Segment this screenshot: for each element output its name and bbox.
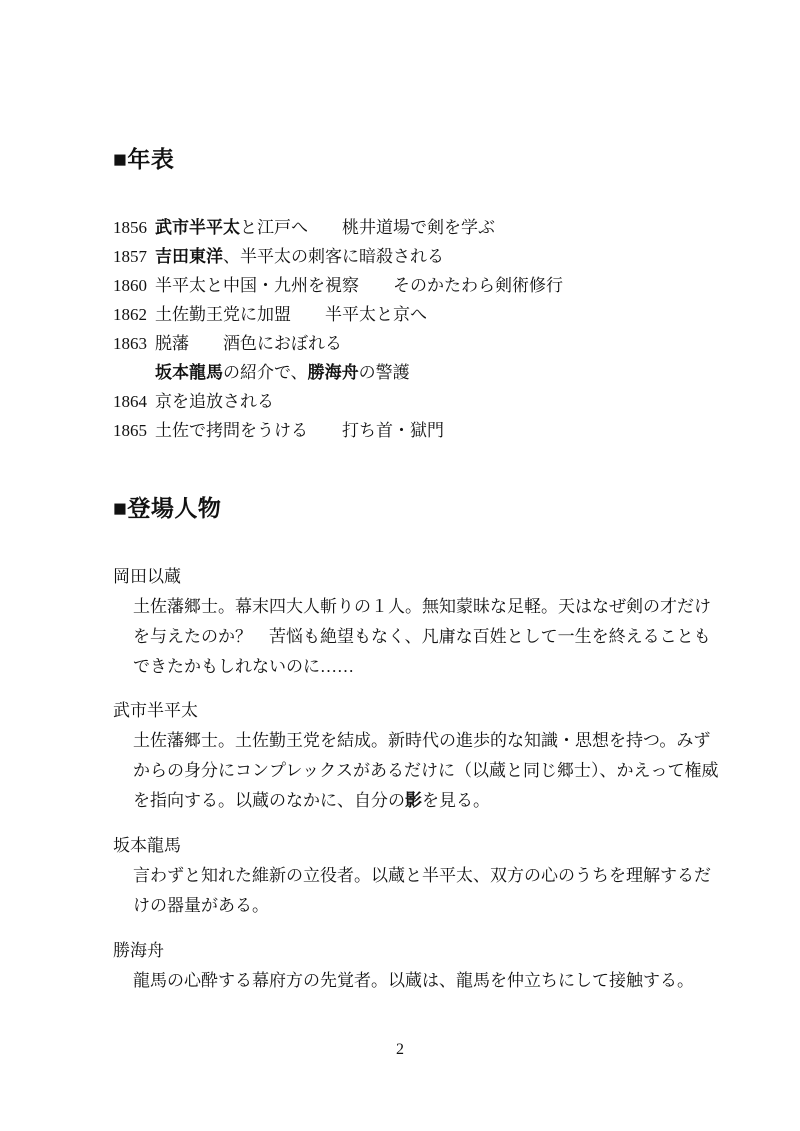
description-segment: 土佐藩郷士。幕末四大人斬りの１人。無知蒙昧な足軽。天はなぜ剣の才だけ (133, 597, 711, 616)
description-segment: 言わずと知れた維新の立役者。以蔵と半平太、双方の心のうちを理解するだ (133, 866, 711, 885)
character-name: 武市半平太 (113, 696, 733, 726)
character-description-line: を指向する。以蔵のなかに、自分の影を見る。 (133, 786, 733, 816)
description-segment: を指向する。以蔵のなかに、自分の (133, 791, 405, 810)
character-name: 勝海舟 (113, 936, 733, 966)
character-list: 岡田以蔵土佐藩郷士。幕末四大人斬りの１人。無知蒙昧な足軽。天はなぜ剣の才だけを与… (113, 0, 800, 1131)
character-description-line: 土佐藩郷士。幕末四大人斬りの１人。無知蒙昧な足軽。天はなぜ剣の才だけ (133, 592, 733, 622)
description-segment: を与えたのか？ 苦悩も絶望もなく、凡庸な百姓として一生を終えることも (133, 627, 711, 646)
emphasis-bold: 影 (405, 791, 422, 810)
character-name: 坂本龍馬 (113, 831, 733, 861)
character-section: 坂本龍馬言わずと知れた維新の立役者。以蔵と半平太、双方の心のうちを理解するだけの… (113, 831, 733, 921)
character-description-line: を与えたのか？ 苦悩も絶望もなく、凡庸な百姓として一生を終えることも (133, 622, 733, 652)
description-segment: 龍馬の心酔する幕府方の先覚者。以蔵は、龍馬を仲立ちにして接触する。 (133, 971, 694, 990)
description-segment: けの器量がある。 (133, 896, 269, 915)
character-section: 武市半平太土佐藩郷士。土佐勤王党を結成。新時代の進歩的な知識・思想を持つ。みずか… (113, 696, 733, 816)
character-description-line: できたかもしれないのに…… (133, 652, 733, 682)
character-description-line: 言わずと知れた維新の立役者。以蔵と半平太、双方の心のうちを理解するだ (133, 861, 733, 891)
description-segment: からの身分にコンプレックスがあるだけに（以蔵と同じ郷士）、かえって権威 (133, 761, 718, 780)
character-section: 岡田以蔵土佐藩郷士。幕末四大人斬りの１人。無知蒙昧な足軽。天はなぜ剣の才だけを与… (113, 562, 733, 682)
description-segment: を見る。 (422, 791, 490, 810)
description-segment: できたかもしれないのに…… (133, 657, 354, 676)
document-page: ■年表 1856武市半平太と江戸へ 桃井道場で剣を学ぶ1857吉田東洋、半平太の… (0, 0, 800, 1131)
description-segment: 土佐藩郷士。土佐勤王党を結成。新時代の進歩的な知識・思想を持つ。みず (133, 731, 710, 750)
character-name: 岡田以蔵 (113, 562, 733, 592)
character-description-line: けの器量がある。 (133, 891, 733, 921)
character-section: 勝海舟龍馬の心酔する幕府方の先覚者。以蔵は、龍馬を仲立ちにして接触する。 (113, 936, 733, 996)
character-description-line: 土佐藩郷士。土佐勤王党を結成。新時代の進歩的な知識・思想を持つ。みず (133, 726, 733, 756)
character-description-line: 龍馬の心酔する幕府方の先覚者。以蔵は、龍馬を仲立ちにして接触する。 (133, 966, 733, 996)
page-number: 2 (0, 1041, 800, 1059)
character-description-line: からの身分にコンプレックスがあるだけに（以蔵と同じ郷士）、かえって権威 (133, 756, 733, 786)
